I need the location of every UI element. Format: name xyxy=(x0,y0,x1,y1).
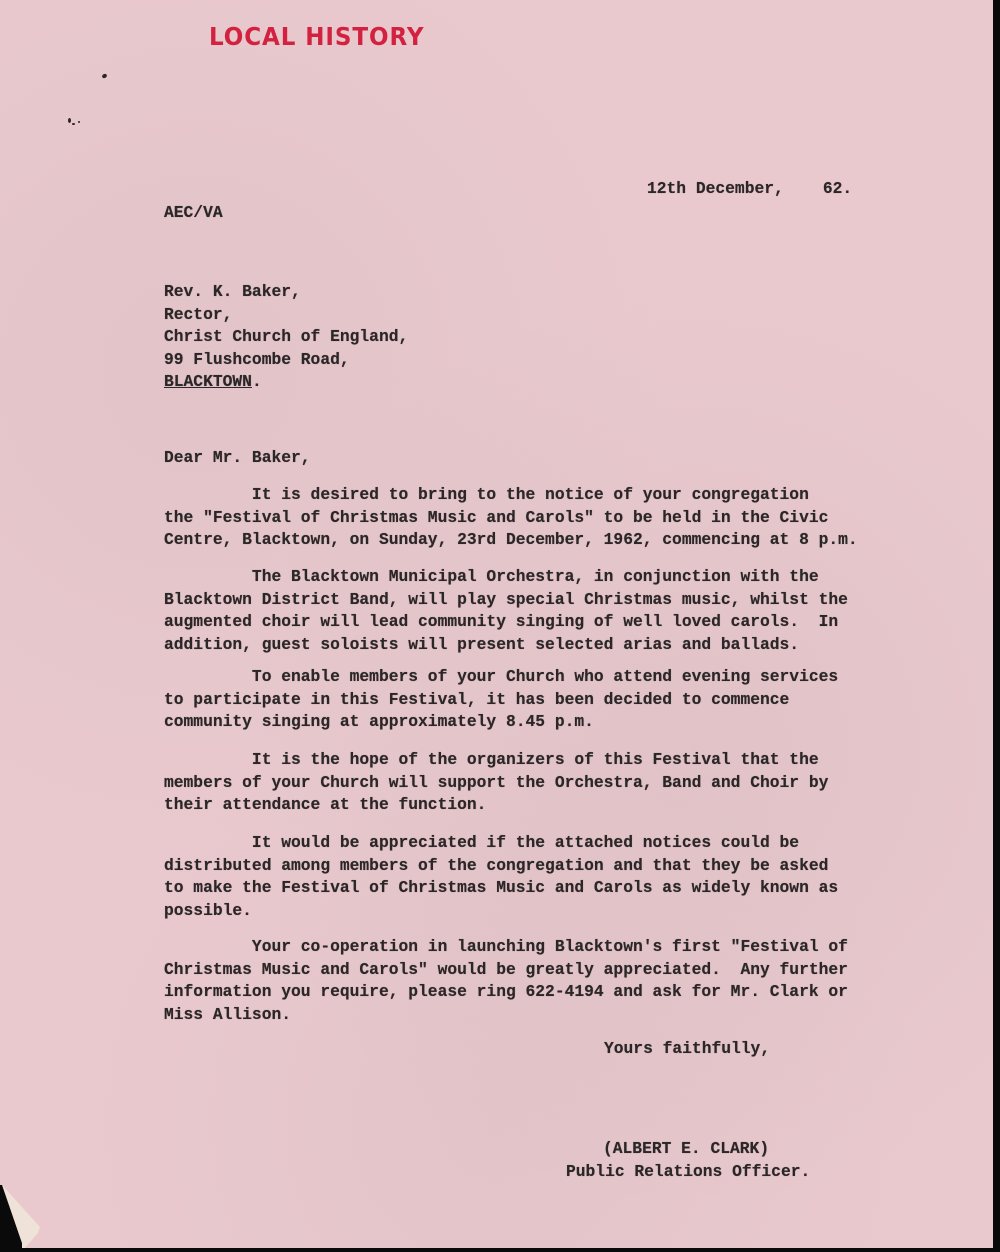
paragraph-line: To enable members of your Church who att… xyxy=(164,666,838,689)
body-paragraph: It is the hope of the organizers of this… xyxy=(164,749,828,817)
body-paragraph: To enable members of your Church who att… xyxy=(164,666,838,734)
ink-speck xyxy=(78,121,80,123)
address-line: Rev. K. Baker, xyxy=(164,281,408,304)
paragraph-line: Your co-operation in launching Blacktown… xyxy=(164,936,848,959)
closing: Yours faithfully, xyxy=(604,1038,770,1061)
signatory-title: Public Relations Officer. xyxy=(566,1161,810,1184)
signatory-name: (ALBERT E. CLARK) xyxy=(566,1138,810,1161)
paragraph-line: It is the hope of the organizers of this… xyxy=(164,749,828,772)
body-paragraph: The Blacktown Municipal Orchestra, in co… xyxy=(164,566,848,656)
address-line: 99 Flushcombe Road, xyxy=(164,349,408,372)
paragraph-line: to make the Festival of Christmas Music … xyxy=(164,877,838,900)
address-line-town: BLACKTOWN. xyxy=(164,371,408,394)
paragraph-line: It would be appreciated if the attached … xyxy=(164,832,838,855)
ink-speck xyxy=(68,118,71,123)
letter-page: LOCAL HISTORY 12th December, 62. AEC/VA … xyxy=(0,0,993,1248)
letter-date: 12th December, 62. xyxy=(647,178,852,201)
paragraph-line: Blacktown District Band, will play speci… xyxy=(164,589,848,612)
paragraph-line: distributed among members of the congreg… xyxy=(164,855,838,878)
town-suffix: . xyxy=(252,372,262,391)
paragraph-line: addition, guest soloists will present se… xyxy=(164,634,848,657)
body-paragraph: Your co-operation in launching Blacktown… xyxy=(164,936,848,1026)
paragraph-line: Christmas Music and Carols" would be gre… xyxy=(164,959,848,982)
body-paragraph: It would be appreciated if the attached … xyxy=(164,832,838,922)
local-history-stamp: LOCAL HISTORY xyxy=(209,22,424,51)
paragraph-line: community singing at approximately 8.45 … xyxy=(164,711,838,734)
paragraph-line: members of your Church will support the … xyxy=(164,772,828,795)
town-name: BLACKTOWN xyxy=(164,372,252,391)
paragraph-line: Centre, Blacktown, on Sunday, 23rd Decem… xyxy=(164,529,858,552)
paragraph-line: It is desired to bring to the notice of … xyxy=(164,484,858,507)
paragraph-line: information you require, please ring 622… xyxy=(164,981,848,1004)
paragraph-line: their attendance at the function. xyxy=(164,794,828,817)
reference-code: AEC/VA xyxy=(164,202,223,225)
paragraph-line: Miss Allison. xyxy=(164,1004,848,1027)
address-line: Rector, xyxy=(164,304,408,327)
paragraph-line: The Blacktown Municipal Orchestra, in co… xyxy=(164,566,848,589)
paragraph-line: augmented choir will lead community sing… xyxy=(164,611,848,634)
ink-speck xyxy=(101,73,107,79)
ink-speck xyxy=(72,123,75,125)
paragraph-line: to participate in this Festival, it has … xyxy=(164,689,838,712)
body-paragraph: It is desired to bring to the notice of … xyxy=(164,484,858,552)
address-line: Christ Church of England, xyxy=(164,326,408,349)
paragraph-line: possible. xyxy=(164,900,838,923)
signature-block: (ALBERT E. CLARK)Public Relations Office… xyxy=(566,1138,810,1183)
salutation: Dear Mr. Baker, xyxy=(164,447,311,470)
paragraph-line: the "Festival of Christmas Music and Car… xyxy=(164,507,858,530)
recipient-address: Rev. K. Baker,Rector,Christ Church of En… xyxy=(164,281,408,394)
